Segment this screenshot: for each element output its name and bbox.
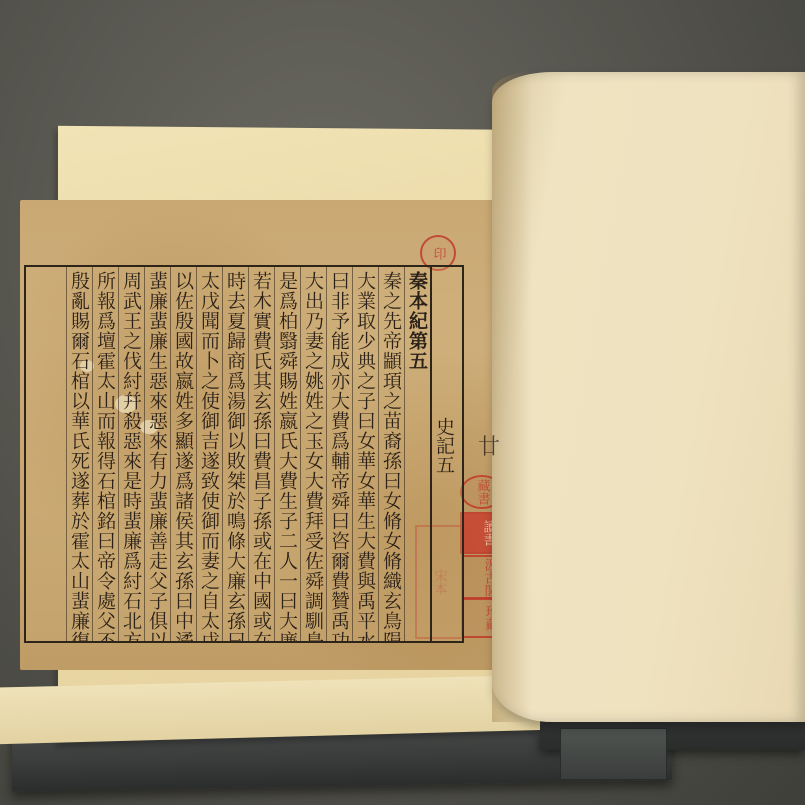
- text-column: 周武王之伐紂幷殺惡來是時蜚廉爲紂石北方還無: [118, 267, 144, 641]
- text-column: 大出乃妻之姚姓之玉女大費拜受佐舜調馴鳥獸鳥獸多馴服: [300, 267, 326, 641]
- text-column: 太戊聞而卜之使御吉遂致使御而妻之自太戊以下中衍之後遂世有功: [196, 267, 222, 641]
- text-column: 秦之先帝顓頊之苗裔孫曰女脩女脩織玄鳥隕卵女脩吞之生子大業: [378, 267, 404, 641]
- photo-scene: 印 藏書 讀書 汲古閣 珍藏 宋本 史記五 秦本紀第五 秦之先帝顓頊之苗裔孫曰女…: [0, 0, 805, 805]
- cover-tab: [560, 728, 667, 780]
- printed-text-frame: 史記五 秦本紀第五 秦之先帝顓頊之苗裔孫曰女脩女脩織玄鳥隕卵女脩吞之生子大業 大…: [24, 265, 464, 643]
- text-column: 大業取少典之子曰女華女華生大費與禹平水土已成帝錫玄圭禹受: [352, 267, 378, 641]
- stray-ink-mark: 廿: [478, 430, 500, 461]
- text-column: 是爲柏翳舜賜姓嬴氏大費生子二人一曰大廉實鳥俗氏二曰: [274, 267, 300, 641]
- block-heart-label: 史記五: [431, 417, 458, 474]
- right-page-curled: [492, 72, 805, 722]
- text-column: 所報爲壇霍太山而報得石棺銘曰帝令處父不與: [92, 267, 118, 641]
- text-column: 若木實費氏其玄孫曰費昌子孫或在中國或在夷狄費昌當夏桀之: [248, 267, 274, 641]
- chapter-title: 秦本紀第五: [404, 267, 430, 641]
- block-heart: 史記五: [430, 267, 462, 641]
- text-column: 時去夏歸商爲湯御以敗桀於鳴條大廉玄孫曰孟戲中衍鳥身人言帝: [222, 267, 248, 641]
- text-column: 以佐殷國故嬴姓多顯遂爲諸侯其玄孫曰中潏在西戎保西垂生: [170, 267, 196, 641]
- text-columns: 秦本紀第五 秦之先帝顓頊之苗裔孫曰女脩女脩織玄鳥隕卵女脩吞之生子大業 大業取少典…: [26, 267, 430, 641]
- text-column: 殷亂賜爾石棺以華氏死遂葬於霍太山蜚廉復有子: [66, 267, 92, 641]
- page-fold-shadow: [492, 72, 532, 722]
- text-column: 蜚廉蜚廉生惡來惡來有力蜚廉善走父子俱以材力事殷紂: [144, 267, 170, 641]
- text-column: 曰非予能成亦大費爲輔帝舜曰咨爾費贊禹功其賜爾皁游爾後嗣: [326, 267, 352, 641]
